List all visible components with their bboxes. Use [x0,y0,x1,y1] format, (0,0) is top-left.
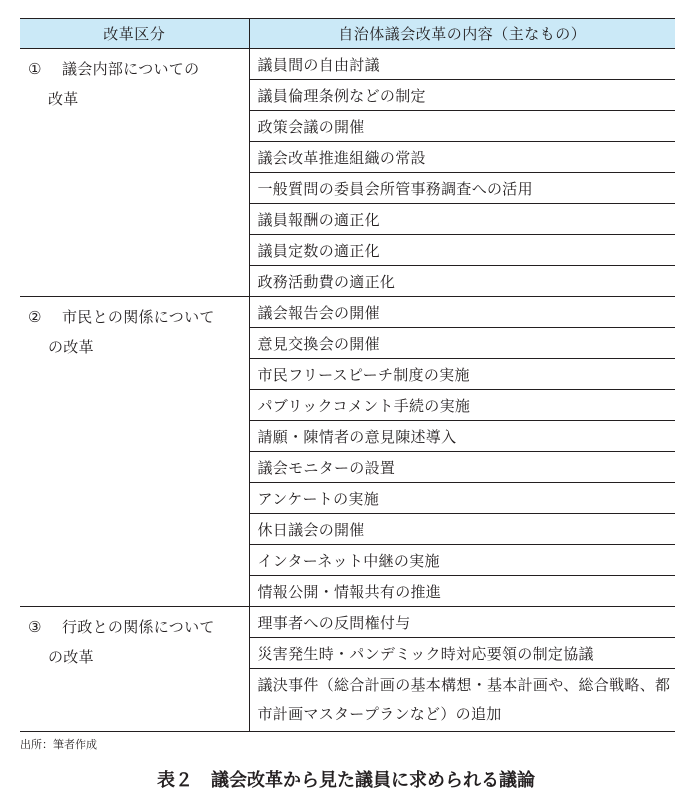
table-row: ③行政との関係について の改革 理事者への反問権付与 [20,607,675,638]
header-row: 改革区分 自治体議会改革の内容（主なもの） [20,19,675,49]
category-label: 市民との関係について [62,308,215,326]
category-cell-internal: ①議会内部についての 改革 [20,49,249,297]
category-label: 行政との関係について [62,618,215,636]
item-cell: 政策会議の開催 [249,111,675,142]
item-cell: 政務活動費の適正化 [249,266,675,297]
reform-table: 改革区分 自治体議会改革の内容（主なもの） ①議会内部についての 改革 議員間の… [20,18,675,732]
item-cell: 意見交換会の開催 [249,328,675,359]
header-category: 改革区分 [20,19,249,49]
item-cell: 議員報酬の適正化 [249,204,675,235]
caption-label: 表２ [157,770,193,791]
header-content: 自治体議会改革の内容（主なもの） [249,19,675,49]
category-label-cont: の改革 [28,642,245,672]
item-cell: アンケートの実施 [249,483,675,514]
section-number: ③ [28,612,62,642]
item-cell: 議会報告会の開催 [249,297,675,328]
item-cell: 情報公開・情報共有の推進 [249,576,675,607]
item-cell: 市民フリースピーチ制度の実施 [249,359,675,390]
category-label-cont: の改革 [28,332,245,362]
item-cell: 休日議会の開催 [249,514,675,545]
category-label-cont: 改革 [28,84,245,114]
caption-title: 議会改革から見た議員に求められる議論 [211,770,535,791]
category-cell-citizens: ②市民との関係について の改革 [20,297,249,607]
item-cell: 一般質問の委員会所管事務調査への活用 [249,173,675,204]
item-cell: パブリックコメント手続の実施 [249,390,675,421]
item-cell: 議会改革推進組織の常設 [249,142,675,173]
item-cell: 議決事件（総合計画の基本構想・基本計画や、総合戦略、都市計画マスタープランなど）… [249,669,675,732]
category-cell-administration: ③行政との関係について の改革 [20,607,249,732]
table-row: ①議会内部についての 改革 議員間の自由討議 [20,49,675,80]
item-cell: インターネット中継の実施 [249,545,675,576]
section-number: ① [28,54,62,84]
table-caption: 表２議会改革から見た議員に求められる議論 [0,766,692,792]
item-cell: 請願・陳情者の意見陳述導入 [249,421,675,452]
table-row: ②市民との関係について の改革 議会報告会の開催 [20,297,675,328]
item-cell: 議員定数の適正化 [249,235,675,266]
category-label: 議会内部についての [62,60,199,78]
item-cell: 議員間の自由討議 [249,49,675,80]
source-note: 出所：筆者作成 [20,736,97,752]
item-cell: 議員倫理条例などの制定 [249,80,675,111]
item-cell: 理事者への反問権付与 [249,607,675,638]
item-cell: 議会モニターの設置 [249,452,675,483]
item-cell: 災害発生時・パンデミック時対応要領の制定協議 [249,638,675,669]
section-number: ② [28,302,62,332]
